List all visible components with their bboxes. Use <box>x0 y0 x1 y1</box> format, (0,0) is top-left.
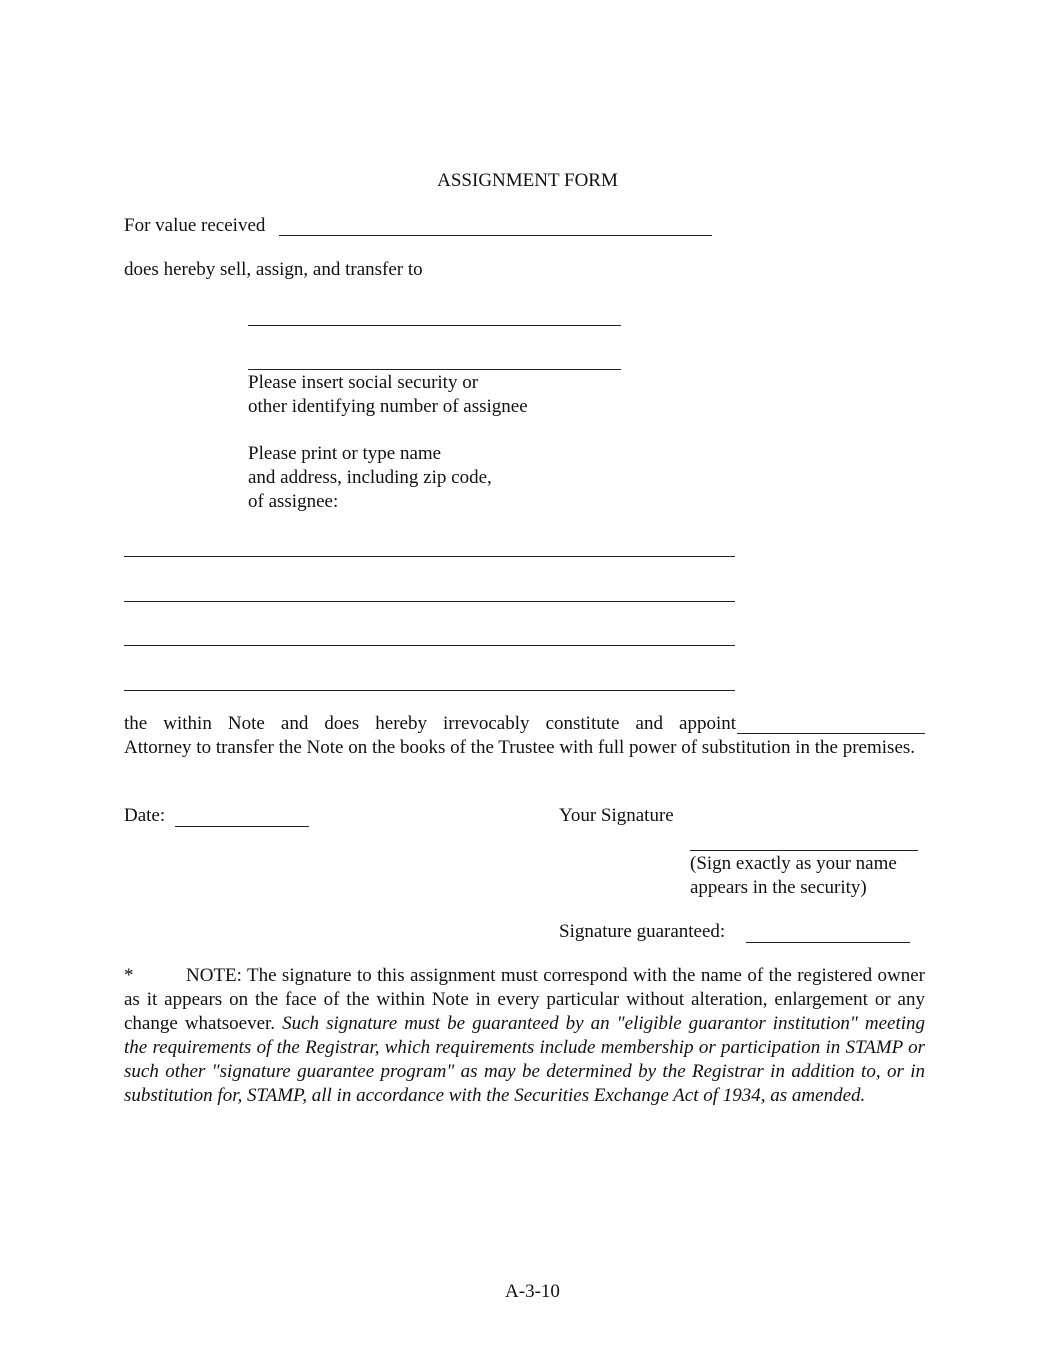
appoint-text: the within Note and does hereby irrevoca… <box>124 712 736 736</box>
date-field[interactable] <box>175 826 309 827</box>
signature-guaranteed-label: Signature guaranteed: <box>559 920 725 944</box>
ssn-instruction-line-2: other identifying number of assignee <box>248 395 528 419</box>
name-instruction-line-2: and address, including zip code, <box>248 466 492 490</box>
your-signature-label: Your Signature <box>559 804 674 828</box>
signature-guarantee-field[interactable] <box>746 942 910 943</box>
page-title: ASSIGNMENT FORM <box>0 169 1055 193</box>
assignee-address-field-4[interactable] <box>124 690 735 691</box>
name-instruction-line-1: Please print or type name <box>248 442 441 466</box>
assignee-address-field-2[interactable] <box>124 601 735 602</box>
attorney-text: Attorney to transfer the Note on the boo… <box>124 736 925 760</box>
signature-field[interactable] <box>690 850 918 851</box>
for-value-field[interactable] <box>279 235 712 236</box>
note-paragraph: NOTE: The signature to this assignment m… <box>124 964 925 1108</box>
assignee-address-field-3[interactable] <box>124 645 735 646</box>
page-number: A-3-10 <box>0 1280 1055 1304</box>
attorney-field[interactable] <box>737 733 925 734</box>
sign-instruction-line-2: appears in the security) <box>690 876 867 900</box>
ssn-instruction-line-1: Please insert social security or <box>248 371 478 395</box>
transfer-text: does hereby sell, assign, and transfer t… <box>124 258 423 282</box>
date-label: Date: <box>124 804 165 828</box>
assignee-address-field-1[interactable] <box>124 556 735 557</box>
assignee-id-field-1[interactable] <box>248 325 621 326</box>
name-instruction-line-3: of assignee: <box>248 490 338 514</box>
for-value-label: For value received <box>124 214 265 238</box>
sign-instruction-line-1: (Sign exactly as your name <box>690 852 897 876</box>
assignee-id-field-2[interactable] <box>248 369 621 370</box>
